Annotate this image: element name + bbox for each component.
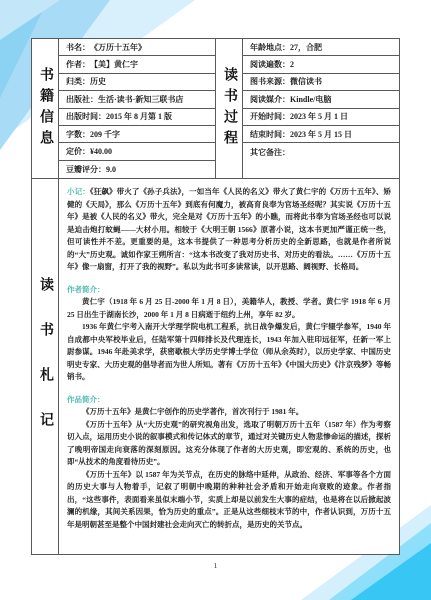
field-label: 作者： bbox=[66, 59, 90, 70]
xiaoji-text: 《狂飙》带火了《孙子兵法》，一如当年《人民的名义》带火了黄仁宇的《万历十五年》、… bbox=[67, 187, 391, 271]
field-value: 【美】黄仁宇 bbox=[90, 59, 138, 70]
field-row-author: 作者：【美】黄仁宇 bbox=[59, 56, 215, 73]
field-value: 2023 年 5 月 1 日 bbox=[290, 111, 348, 122]
field-row-book-source: 图书来源：微信读书 bbox=[243, 74, 399, 91]
field-row-publisher: 出版社：生活·读书·新知三联书店 bbox=[59, 91, 215, 108]
reading-process-fields: 年龄地点：27，合肥 阅读遍数：2 图书来源：微信读书 阅读媒介：Kindle/… bbox=[243, 39, 399, 178]
field-row-book-title: 书名：《万历十五年》 bbox=[59, 39, 215, 56]
section-title-reading-notes: 读书札记 bbox=[32, 179, 59, 554]
field-label: 归类： bbox=[66, 76, 90, 87]
field-row-end-date: 结束时间：2023 年 5 月 15 日 bbox=[243, 126, 399, 143]
field-row-other-remarks: 其它备注： bbox=[243, 143, 399, 178]
page-number: 1 bbox=[0, 561, 431, 570]
notes-section: 读书札记 小记：《狂飙》带火了《孙子兵法》，一如当年《人民的名义》带火了黄仁宇的… bbox=[32, 179, 399, 554]
book-info-fields: 书名：《万历十五年》 作者：【美】黄仁宇 归类：历史 出版社：生活·读书·新知三… bbox=[59, 39, 216, 178]
work-intro-paragraph: 《万历十五年》以 1587 年为关节点，在历史的脉络中延伸，从政治、经济、军事等… bbox=[67, 469, 391, 532]
field-label: 其它备注： bbox=[250, 147, 290, 158]
field-label: 豆瓣评分： bbox=[66, 164, 106, 175]
section-title-reading-process: 读书过程 bbox=[216, 39, 243, 178]
author-intro-paragraph: 1936 年黄仁宇考入南开大学理学院电机工程系，抗日战争爆发后，黄仁宇辍学参军，… bbox=[67, 321, 391, 384]
field-label: 开始时间： bbox=[250, 111, 290, 122]
work-intro-paragraph: 《万历十五年》从“大历史观”的研究视角出发，选取了明朝万历十五年（1587 年）… bbox=[67, 419, 391, 469]
field-label: 出版时间： bbox=[66, 111, 106, 122]
field-label: 图书来源： bbox=[250, 76, 290, 87]
section-title-book-info: 书籍信息 bbox=[32, 39, 59, 178]
field-value: 27，合肥 bbox=[290, 42, 322, 53]
field-value: 209 千字 bbox=[90, 129, 120, 140]
field-row-price: 定价：¥40.00 bbox=[59, 143, 215, 160]
field-row-douban-rating: 豆瓣评分：9.0 bbox=[59, 161, 215, 178]
field-value: 《万历十五年》 bbox=[90, 42, 146, 53]
author-intro-heading: 作者简介： bbox=[67, 284, 391, 297]
field-value: 历史 bbox=[90, 76, 106, 87]
reading-notes-sheet: 书籍信息 书名：《万历十五年》 作者：【美】黄仁宇 归类：历史 出版社：生活·读… bbox=[31, 38, 400, 555]
field-value: 2 bbox=[290, 60, 294, 69]
field-row-publish-date: 出版时间：2015 年 8 月第 1 版 bbox=[59, 109, 215, 126]
field-value: ¥40.00 bbox=[90, 147, 112, 156]
field-label: 阅读媒介： bbox=[250, 94, 290, 105]
field-value: Kindle/电脑 bbox=[290, 94, 331, 105]
notes-content: 小记：《狂飙》带火了《孙子兵法》，一如当年《人民的名义》带火了黄仁宇的《万历十五… bbox=[59, 179, 399, 554]
field-value: 2023 年 5 月 15 日 bbox=[290, 129, 352, 140]
field-label: 出版社： bbox=[66, 94, 98, 105]
field-value: 生活·读书·新知三联书店 bbox=[98, 94, 183, 105]
xiaoji-label: 小记： bbox=[67, 187, 90, 196]
field-row-read-times: 阅读遍数：2 bbox=[243, 56, 399, 73]
xiaoji-paragraph: 小记：《狂飙》带火了《孙子兵法》，一如当年《人民的名义》带火了黄仁宇的《万历十五… bbox=[67, 186, 391, 274]
field-row-word-count: 字数：209 千字 bbox=[59, 126, 215, 143]
work-intro-paragraph: 《万历十五年》是黄仁宇创作的历史学著作，首次刊行于 1981 年。 bbox=[67, 406, 391, 419]
field-row-category: 归类：历史 bbox=[59, 74, 215, 91]
field-label: 年龄地点： bbox=[250, 42, 290, 53]
field-label: 结束时间： bbox=[250, 129, 290, 140]
author-intro-paragraph: 黄仁宇（1918 年 6 月 25 日-2000 年 1 月 8 日），美籍华人… bbox=[67, 296, 391, 321]
field-row-age-location: 年龄地点：27，合肥 bbox=[243, 39, 399, 56]
top-section: 书籍信息 书名：《万历十五年》 作者：【美】黄仁宇 归类：历史 出版社：生活·读… bbox=[32, 39, 399, 179]
field-label: 字数： bbox=[66, 129, 90, 140]
field-row-reading-medium: 阅读媒介：Kindle/电脑 bbox=[243, 91, 399, 108]
field-value: 微信读书 bbox=[290, 76, 322, 87]
field-label: 定价： bbox=[66, 146, 90, 157]
field-value: 9.0 bbox=[106, 165, 116, 174]
work-intro-heading: 作品简介： bbox=[67, 394, 391, 407]
field-row-start-date: 开始时间：2023 年 5 月 1 日 bbox=[243, 109, 399, 126]
field-label: 书名： bbox=[66, 42, 90, 53]
field-value: 2015 年 8 月第 1 版 bbox=[106, 111, 172, 122]
field-label: 阅读遍数： bbox=[250, 59, 290, 70]
